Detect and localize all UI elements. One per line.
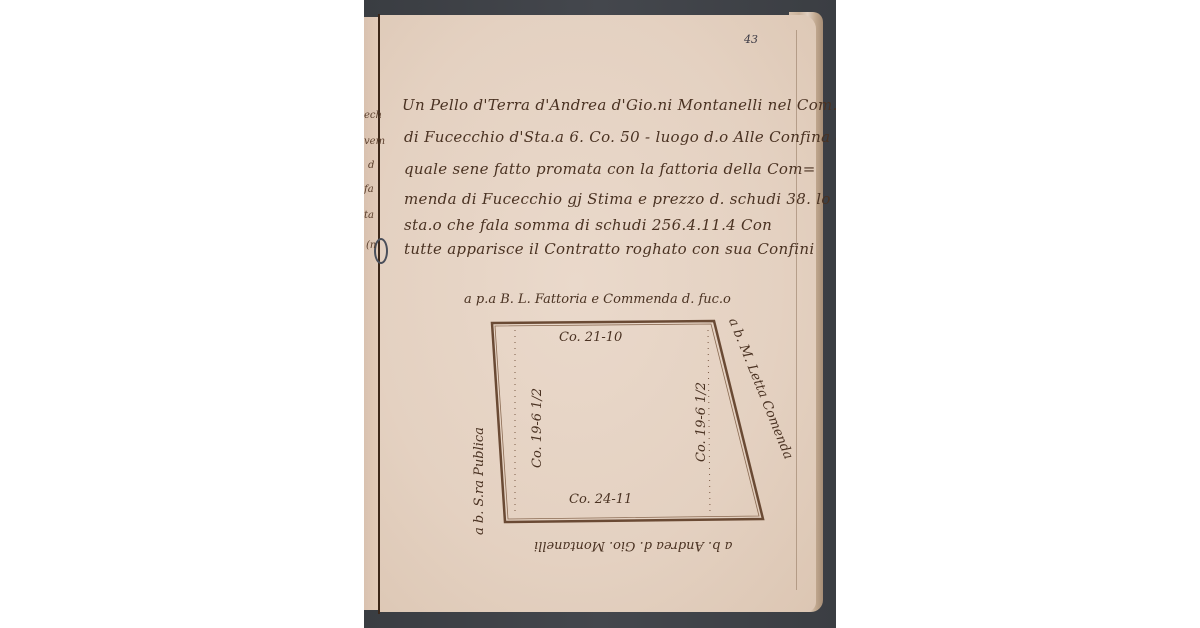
plan-label-left: a b. S.ra Publica: [472, 427, 487, 535]
plan-label-bottom: a b. Andrea d. Gio. Montanelli: [534, 538, 732, 553]
plan-side-left: Co. 19-6 1/2: [530, 388, 545, 468]
scan-area: ech vem d fa ta (n 43 Un Pello d'Terra d…: [364, 0, 836, 628]
land-plot-diagram: [364, 0, 836, 628]
plan-side-bottom: Co. 24-11: [569, 492, 632, 507]
plan-label-top: a p.a B. L. Fattoria e Commenda d. fuc.o: [464, 292, 731, 307]
plan-side-right: Co. 19-6 1/2: [694, 382, 709, 462]
plan-side-top: Co. 21-10: [559, 330, 622, 345]
